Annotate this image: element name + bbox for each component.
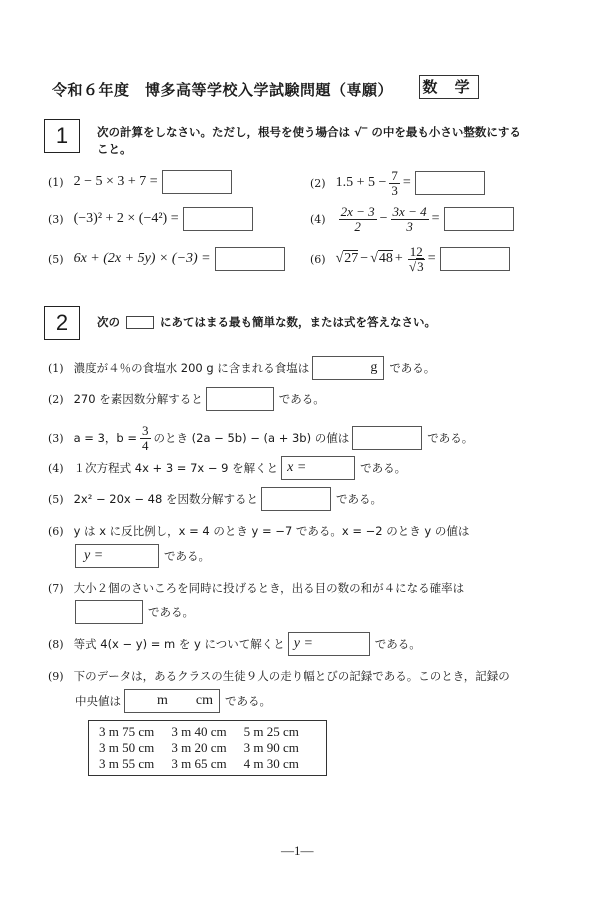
fraction: 12√3	[408, 245, 425, 274]
problem-1-1: (1) 2 − 5 × 3 + 7 =	[48, 170, 232, 194]
answer-box-2-2[interactable]	[206, 387, 274, 411]
box-prefix: y =	[84, 548, 103, 563]
numerator: 3x − 4	[391, 205, 429, 220]
problem-suffix: である。	[336, 491, 382, 507]
problem-text: 大小２個のさいころを同時に投げるとき，出る目の数の和が４になる確率は	[74, 580, 465, 596]
table-cell: 5 m 25 cm	[244, 724, 316, 740]
problem-text: のとき (2a − 5b) − (a + 3b) の値は	[154, 430, 350, 446]
problem-1-3: (3) (−3)² + 2 × (−4²) =	[48, 207, 253, 231]
problem-2-5: (5) 2x² − 20x − 48 を因数分解すると である。	[48, 487, 382, 511]
numerator: 3	[140, 424, 151, 439]
box-prefix: y =	[294, 636, 313, 651]
table-cell: 3 m 50 cm	[99, 740, 171, 756]
problem-label: (7)	[48, 582, 64, 595]
table-row: 3 m 50 cm 3 m 20 cm 3 m 90 cm	[99, 740, 316, 756]
exam-title: 令和６年度 博多高等学校入学試験問題（専願）	[52, 79, 393, 100]
problem-suffix: である。	[164, 548, 210, 564]
problem-2-7: (7) 大小２個のさいころを同時に投げるとき，出る目の数の和が４になる確率は	[48, 579, 464, 597]
problem-text: 等式 4(x − y) = m を y について解くと	[74, 636, 285, 652]
denominator: 3	[391, 184, 398, 198]
problem-label: (4)	[310, 213, 326, 226]
table-cell: 3 m 40 cm	[171, 724, 243, 740]
problem-label: (6)	[310, 253, 326, 266]
sqrt-27: √27	[336, 251, 359, 267]
problem-suffix: である。	[279, 391, 325, 407]
problem-label: (1)	[48, 176, 64, 189]
answer-box-1-6[interactable]	[440, 247, 510, 271]
problem-expression: 2 − 5 × 3 + 7 =	[74, 174, 158, 190]
instruction-text: にあてはまる最も簡単な数，または式を答えなさい。	[160, 314, 436, 331]
problem-text: 下のデータは，あるクラスの生徒９人の走り幅とびの記録である。このとき，記録の	[74, 668, 510, 684]
unit-label: g	[370, 360, 377, 375]
subject-label: 数 学	[419, 75, 479, 99]
long-jump-data-table: 3 m 75 cm 3 m 40 cm 5 m 25 cm 3 m 50 cm …	[88, 720, 327, 776]
problem-text: 270 を素因数分解すると	[74, 391, 203, 407]
problem-suffix: である。	[389, 360, 435, 376]
radicand: 3	[416, 258, 424, 274]
unit-m: m	[157, 690, 168, 712]
denominator: √3	[409, 260, 424, 274]
problem-label: (6)	[48, 525, 64, 538]
problem-2-4: (4) １次方程式 4x + 3 = 7x − 9 を解くと x = である。	[48, 456, 406, 480]
problem-label: (5)	[48, 253, 64, 266]
equals-sign: =	[403, 175, 411, 191]
table-row: 3 m 55 cm 3 m 65 cm 4 m 30 cm	[99, 756, 316, 772]
answer-box-2-8[interactable]: y =	[288, 632, 370, 656]
problem-label: (2)	[48, 393, 64, 406]
plus-sign: +	[395, 251, 403, 267]
problem-label: (9)	[48, 670, 64, 683]
problem-label: (2)	[310, 177, 326, 190]
table-cell: 3 m 65 cm	[171, 756, 243, 772]
answer-box-2-9[interactable]: m cm	[124, 689, 220, 713]
table-cell: 3 m 90 cm	[244, 740, 316, 756]
instruction-text: 次の	[97, 314, 120, 331]
page-number: —1—	[281, 843, 314, 859]
table-cell: 3 m 55 cm	[99, 756, 171, 772]
table-cell: 3 m 20 cm	[171, 740, 243, 756]
problem-text: 2x² − 20x − 48 を因数分解すると	[74, 491, 258, 507]
problem-suffix: である。	[427, 430, 473, 446]
denominator: 4	[142, 439, 149, 453]
section-1-instruction-line1: 次の計算をしなさい。ただし，根号を使う場合は √‾ の中を最も小さい整数にする	[97, 124, 521, 141]
problem-text: 濃度が４％の食塩水 200 g に含まれる食塩は	[74, 360, 310, 376]
unit-cm: cm	[196, 690, 213, 712]
sqrt-48: √48	[370, 251, 393, 267]
minus-sign: −	[360, 251, 368, 267]
problem-1-5: (5) 6x + (2x + 5y) × (−3) =	[48, 247, 285, 271]
problem-label: (3)	[48, 213, 64, 226]
answer-box-2-3[interactable]	[352, 426, 422, 450]
problem-label: (5)	[48, 493, 64, 506]
problem-2-1: (1) 濃度が４％の食塩水 200 g に含まれる食塩は g である。	[48, 356, 435, 380]
problem-1-6: (6) √27 − √48 + 12√3 =	[310, 243, 510, 275]
answer-box-1-4[interactable]	[444, 207, 514, 231]
problem-2-8: (8) 等式 4(x − y) = m を y について解くと y = である。	[48, 632, 421, 656]
answer-box-1-2[interactable]	[415, 171, 485, 195]
equals-sign: =	[432, 211, 440, 227]
fraction: 73	[389, 169, 400, 198]
problem-2-2: (2) 270 を素因数分解すると である。	[48, 387, 325, 411]
fraction: 3x − 43	[391, 205, 429, 234]
answer-box-2-6[interactable]: y =	[75, 544, 159, 568]
problem-label: (8)	[48, 638, 64, 651]
equals-sign: =	[428, 251, 436, 267]
problem-text: １次方程式 4x + 3 = 7x − 9 を解くと	[74, 460, 279, 476]
answer-box-1-5[interactable]	[215, 247, 285, 271]
problem-label: (3)	[48, 432, 64, 445]
problem-text: 中央値は	[75, 693, 121, 709]
problem-1-4: (4) 2x − 32 − 3x − 43 =	[310, 204, 514, 234]
problem-suffix: である。	[148, 604, 194, 620]
problem-2-3: (3) a = 3，b = 34 のとき (2a − 5b) − (a + 3b…	[48, 423, 473, 453]
section-2-instruction: 次の にあてはまる最も簡単な数，または式を答えなさい。	[97, 314, 436, 331]
problem-label: (1)	[48, 362, 64, 375]
denominator: 3	[406, 220, 413, 234]
problem-2-7-answer-line: である。	[75, 600, 194, 624]
blank-box-sample	[126, 316, 154, 329]
fraction: 34	[140, 424, 151, 453]
problem-text: a = 3，b =	[74, 430, 137, 446]
table-cell: 3 m 75 cm	[99, 724, 171, 740]
table-cell: 4 m 30 cm	[244, 756, 316, 772]
problem-expression: (−3)² + 2 × (−4²) =	[74, 211, 179, 227]
answer-box-1-3[interactable]	[183, 207, 253, 231]
problem-label: (4)	[48, 462, 64, 475]
problem-2-6-answer-line: y = である。	[75, 544, 210, 568]
problem-2-6: (6) y は x に反比例し，x = 4 のとき y = −7 である。x =…	[48, 522, 469, 540]
numerator: 2x − 3	[339, 205, 377, 220]
answer-box-1-1[interactable]	[162, 170, 232, 194]
table-row: 3 m 75 cm 3 m 40 cm 5 m 25 cm	[99, 724, 316, 740]
answer-box-2-1[interactable]: g	[312, 356, 384, 380]
denominator: 2	[354, 220, 361, 234]
section-2-number: 2	[44, 306, 80, 340]
radicand: 48	[378, 250, 393, 266]
problem-2-9-answer-line: 中央値は m cm である。	[75, 689, 271, 713]
problem-suffix: である。	[360, 460, 406, 476]
problem-1-2: (2) 1.5 + 5 − 73 =	[310, 168, 485, 198]
problem-text: y は x に反比例し，x = 4 のとき y = −7 である。x = −2 …	[74, 523, 470, 539]
problem-suffix: である。	[375, 636, 421, 652]
answer-box-2-4[interactable]: x =	[281, 456, 355, 480]
minus-sign: −	[380, 211, 388, 227]
box-prefix: x =	[287, 460, 306, 475]
answer-box-2-7[interactable]	[75, 600, 143, 624]
answer-box-2-5[interactable]	[261, 487, 331, 511]
radicand: 27	[343, 250, 358, 266]
section-1-instruction-line2: こと。	[97, 141, 132, 158]
numerator: 7	[389, 169, 400, 184]
fraction: 2x − 32	[339, 205, 377, 234]
section-1-number: 1	[44, 119, 80, 153]
problem-suffix: である。	[225, 693, 271, 709]
problem-2-9: (9) 下のデータは，あるクラスの生徒９人の走り幅とびの記録である。このとき，記…	[48, 667, 510, 685]
problem-expression: 6x + (2x + 5y) × (−3) =	[74, 251, 211, 267]
problem-expression: 1.5 + 5 −	[336, 175, 387, 191]
